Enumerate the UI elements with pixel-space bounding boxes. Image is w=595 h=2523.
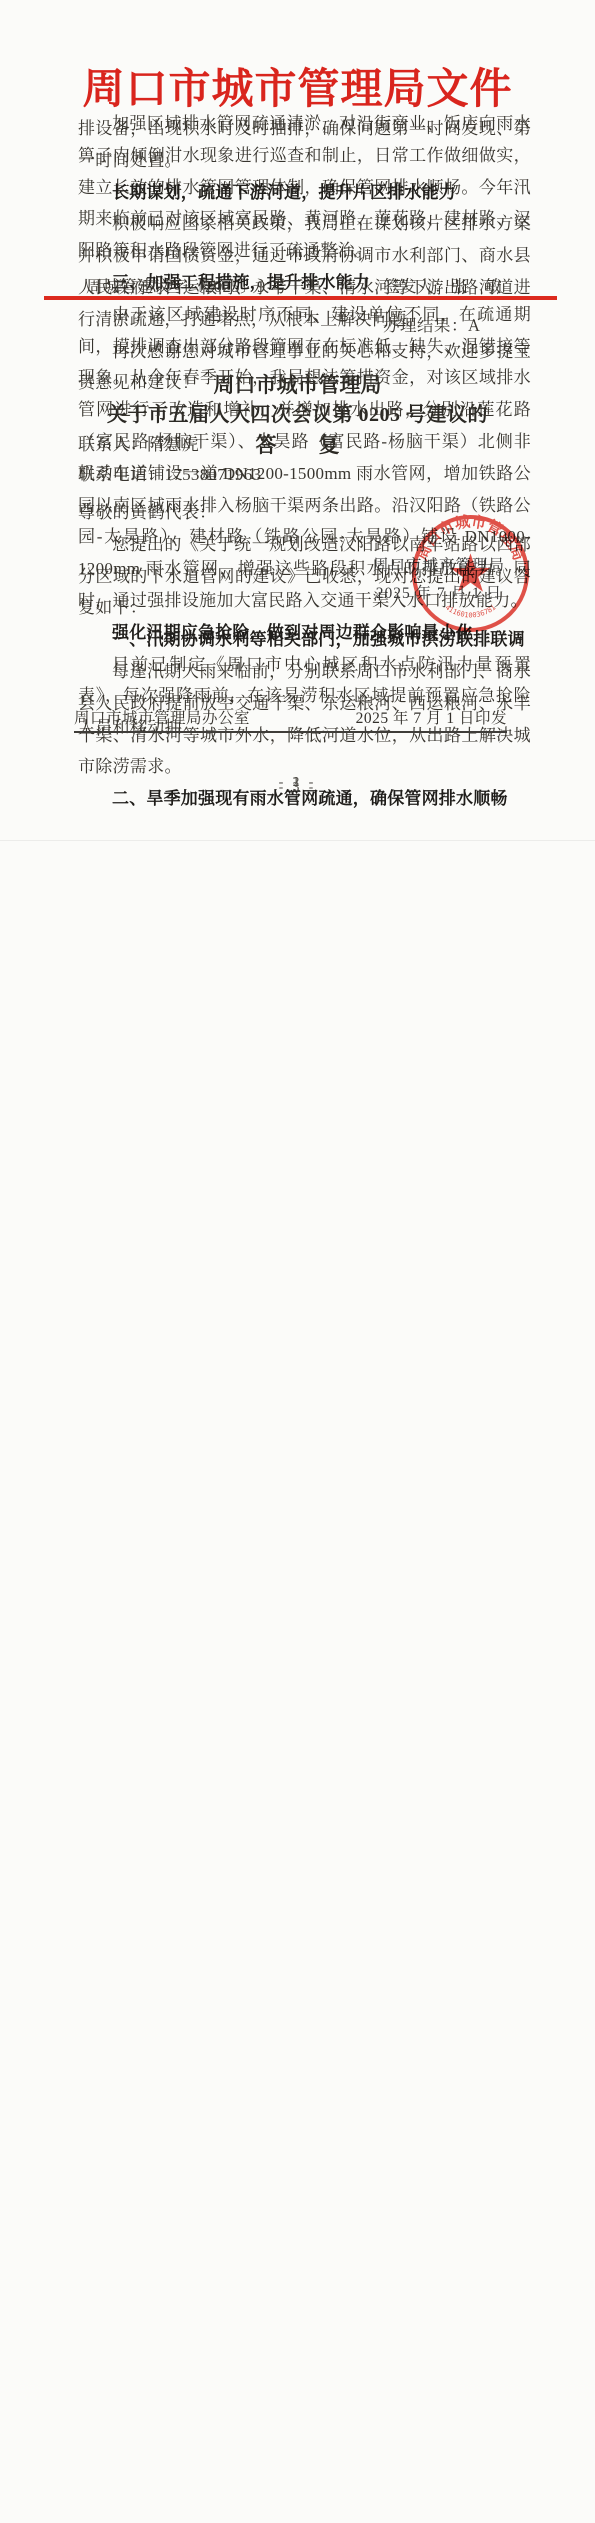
contact-block: 联系人：隋慧虎 联系电话：17538071963 — [78, 430, 261, 490]
page-3-body: 排设备，出现积水时及时抽排，确保问题第一时间发现、第一时间处置。 长期谋划，疏通… — [78, 113, 531, 399]
imprint-date: 2025 年 7 月 1 日印发 — [356, 706, 507, 728]
stamp-code-holder: 4116010036781 — [444, 603, 498, 620]
paragraph: 积极响应国家相关政策，我局正在谋划该片区排水方案并积极申请国债资金，通过市政府协… — [78, 208, 531, 335]
closing-paragraph: 再次感谢您对城市管理事业的关心和支持，欢迎多提宝贵意见和建议！ — [78, 336, 531, 400]
official-stamp: 周口市城市管理局 4116010036781 — [410, 513, 531, 634]
section-heading-5: 长期谋划，疏通下游河道，提升片区排水能力 — [78, 177, 531, 209]
contact-phone: 联系电话：17538071963 — [78, 460, 261, 490]
scanned-document: 周口市城市管理局文件 周城管建议字〔2025〕9 号 签发人：张 敏 办理结果：… — [0, 0, 595, 2523]
contact-person: 联系人：隋慧虎 — [78, 430, 261, 460]
stamp-star — [450, 553, 490, 591]
stamp-code: 4116010036781 — [444, 603, 498, 620]
paragraph-continuation: 排设备，出现积水时及时抽排，确保问题第一时间发现、第一时间处置。 — [78, 113, 531, 177]
imprint-office: 周口市城市管理局办公室 — [74, 706, 250, 728]
page-3: 排设备，出现积水时及时抽排，确保问题第一时间发现、第一时间处置。 长期谋划，疏通… — [0, 0, 595, 841]
page-number: - 3 - — [0, 779, 595, 795]
imprint-footer: 周口市城市管理局办公室 2025 年 7 月 1 日印发 — [74, 706, 507, 733]
